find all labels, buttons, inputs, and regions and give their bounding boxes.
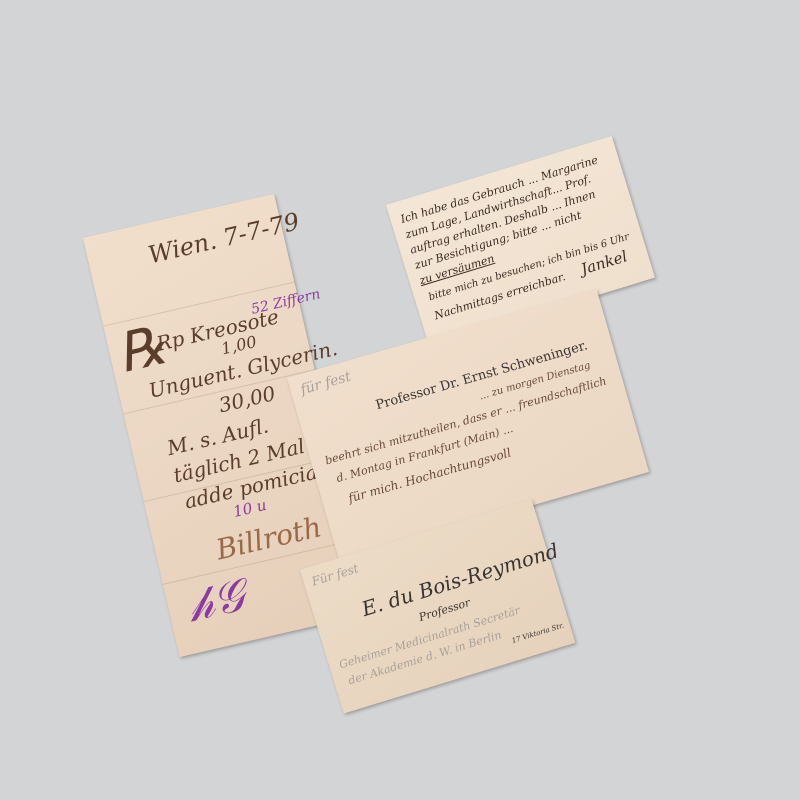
- letter-line: 30,00: [217, 381, 278, 417]
- pencil-note: Für fest: [310, 561, 360, 588]
- printed-address: 17 Viktoria Str.: [511, 622, 565, 645]
- card-line: beehrt sich mitzutheilen, dass er ... fr…: [324, 374, 608, 467]
- pencil-note: für fest: [299, 369, 353, 399]
- signature-billroth: Billroth: [213, 510, 325, 566]
- purple-signature: 𝒽𝒢: [183, 570, 250, 632]
- purple-mark: 52 Ziffern: [250, 286, 322, 317]
- letter-date: Wien. 7-7-79: [146, 207, 302, 269]
